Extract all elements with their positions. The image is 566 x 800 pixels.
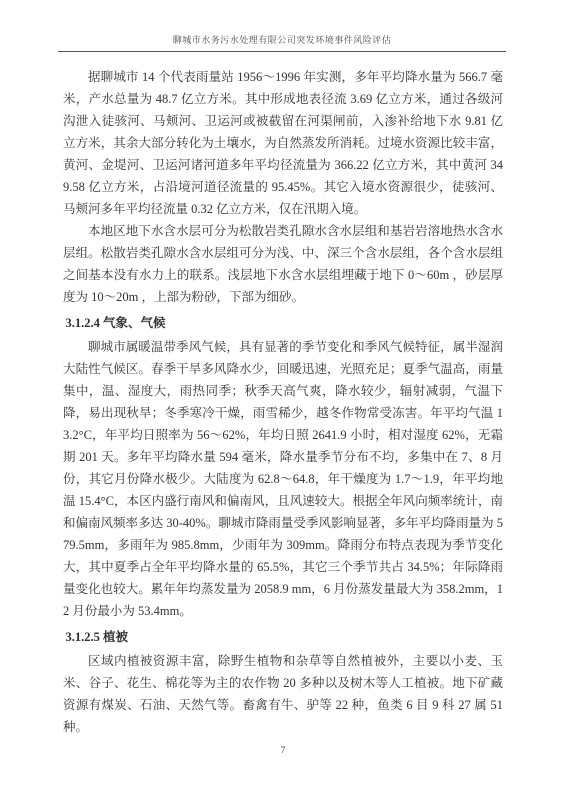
header-title: 聊城市水务污水处理有限公司突发环境事件风险评估 [58, 33, 506, 46]
page-number: 7 [281, 746, 286, 756]
heading-vegetation: 3.1.2.5 植被 [63, 626, 503, 648]
page-header: 聊城市水务污水处理有限公司突发环境事件风险评估 [58, 33, 506, 52]
paragraph-vegetation-description: 区域内植被资源丰富，除野生植物和杂草等自然植被外，主要以小麦、玉米、谷子、花生、… [63, 650, 503, 738]
document-page: 聊城市水务污水处理有限公司突发环境事件风险评估 据聊城市 14 个代表雨量站 1… [0, 0, 566, 800]
page-footer: 7 [0, 740, 566, 758]
heading-meteorology-climate: 3.1.2.4 气象、气候 [63, 312, 503, 334]
paragraph-groundwater-aquifer: 本地区地下水含水层可分为松散岩类孔隙水含水层组和基岩岩溶地热水含水层组。松散岩类… [63, 220, 503, 308]
document-body: 据聊城市 14 个代表雨量站 1956～1996 年实测，多年平均降水量为 56… [63, 66, 503, 738]
paragraph-rainfall-runoff: 据聊城市 14 个代表雨量站 1956～1996 年实测，多年平均降水量为 56… [63, 66, 503, 220]
paragraph-climate-description: 聊城市属暖温带季风气候，具有显著的季节变化和季风气候特征，属半湿润大陆性气候区。… [63, 336, 503, 622]
